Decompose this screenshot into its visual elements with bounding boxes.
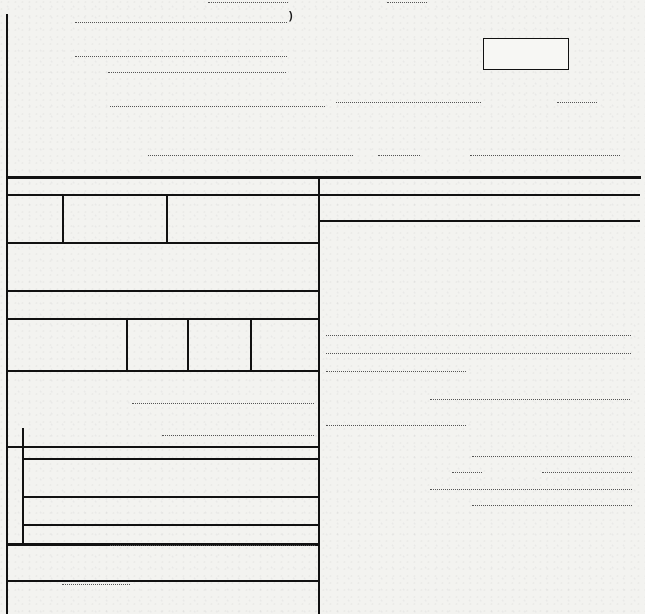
section-divider — [6, 176, 641, 179]
parents-label — [2, 455, 16, 525]
occupation-b-field — [162, 427, 314, 436]
district-value — [75, 56, 287, 57]
county-value — [75, 22, 287, 23]
series-no-value — [387, 2, 427, 3]
state-number-box — [483, 38, 569, 70]
occupation-a-field — [132, 395, 314, 404]
received-date-value — [62, 584, 130, 585]
full-name-value — [110, 106, 325, 107]
informant-value — [110, 545, 315, 546]
death-certificate: ) — [0, 0, 645, 614]
town-value — [108, 72, 286, 73]
center-divider — [318, 176, 320, 614]
dist-no-value — [208, 2, 288, 3]
parents-divider — [22, 428, 24, 543]
address-no-field — [336, 92, 481, 103]
